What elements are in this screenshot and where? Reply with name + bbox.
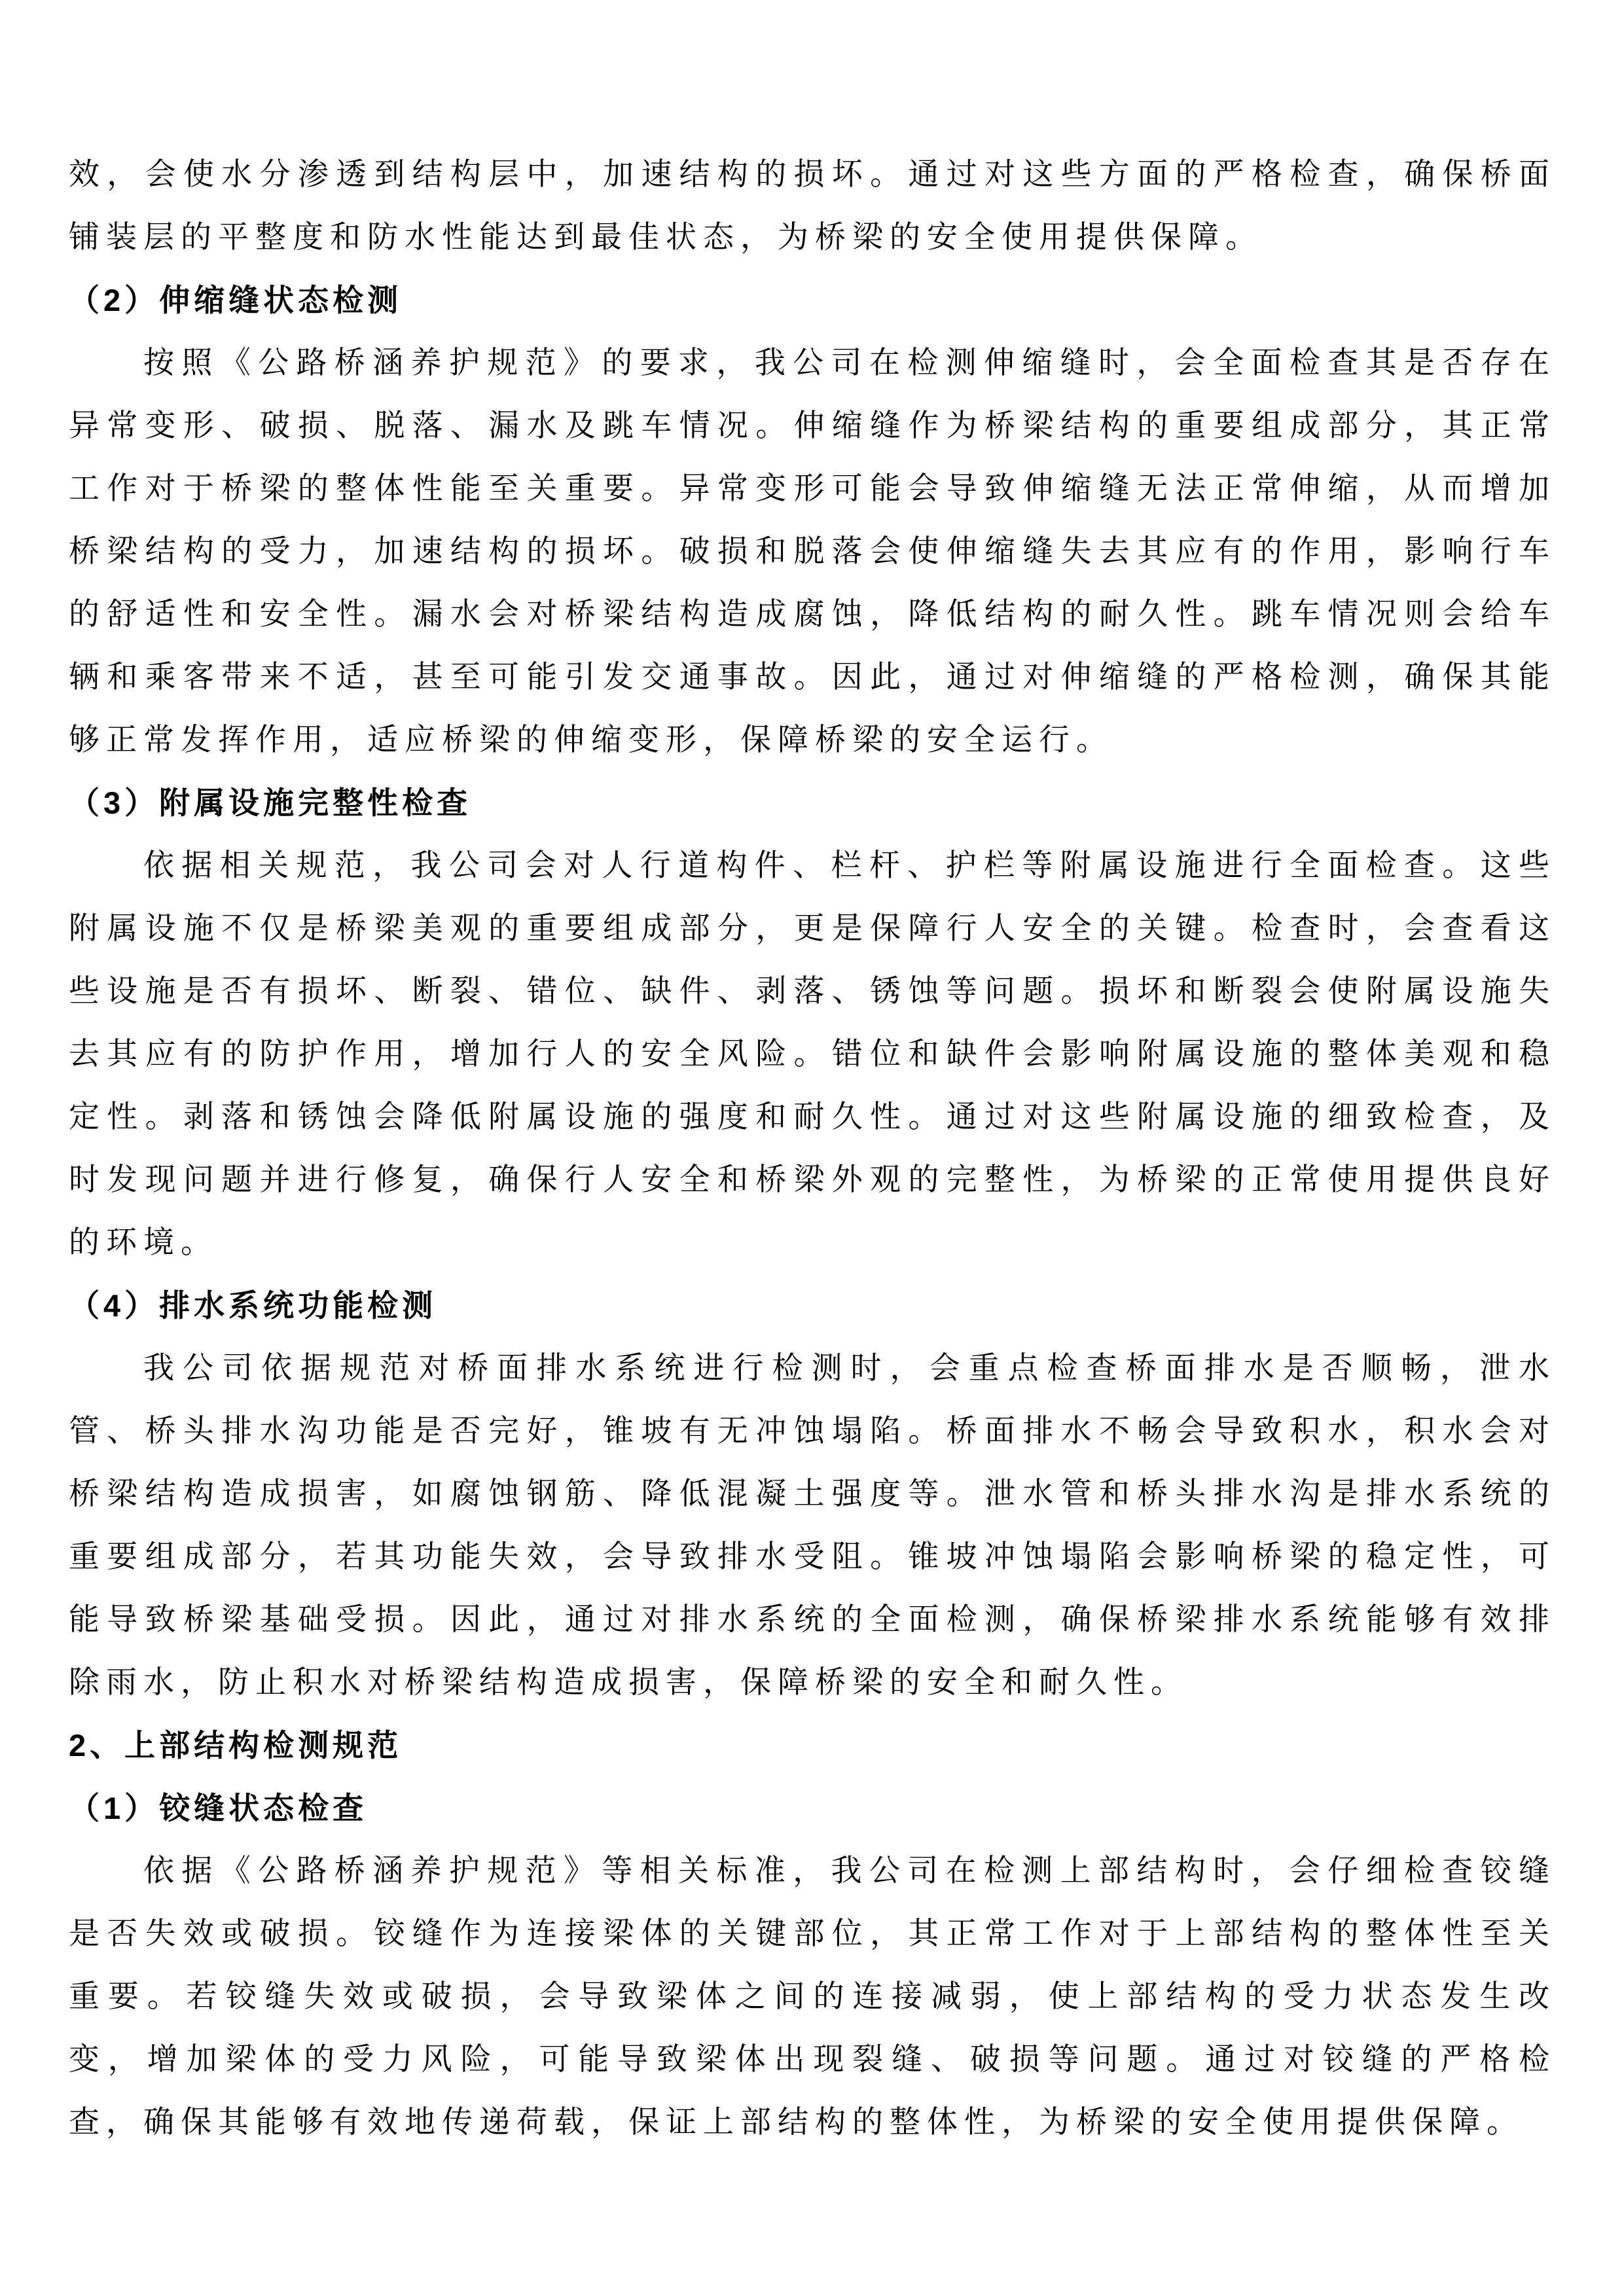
section-heading-hinge-joint-check: （1）铰缝状态检查 (69, 1777, 1556, 1840)
paragraph-hinge-joint-check: 依据《公路桥涵养护规范》等相关标准，我公司在检测上部结构时，会仔细检查铰缝是否失… (69, 1840, 1556, 2154)
paragraph-ancillary-facilities-check: 依据相关规范，我公司会对人行道构件、栏杆、护栏等附属设施进行全面检查。这些附属设… (69, 834, 1556, 1274)
section-heading-expansion-joint-inspection: （2）伸缩缝状态检测 (69, 269, 1556, 332)
section-heading-drainage-system-inspection: （4）排水系统功能检测 (69, 1274, 1556, 1337)
paragraph-deck-pavement-continuation: 效，会使水分渗透到结构层中，加速结构的损坏。通过对这些方面的严格检查，确保桥面铺… (69, 143, 1556, 269)
paragraph-drainage-system-inspection: 我公司依据规范对桥面排水系统进行检测时，会重点检查桥面排水是否顺畅，泄水管、桥头… (69, 1337, 1556, 1714)
chapter-heading-superstructure-inspection-standard: 2、上部结构检测规范 (69, 1714, 1556, 1777)
section-heading-ancillary-facilities-check: （3）附属设施完整性检查 (69, 772, 1556, 834)
document-body: 效，会使水分渗透到结构层中，加速结构的损坏。通过对这些方面的严格检查，确保桥面铺… (0, 0, 1624, 2154)
document-page: 效，会使水分渗透到结构层中，加速结构的损坏。通过对这些方面的严格检查，确保桥面铺… (0, 0, 1624, 2296)
paragraph-expansion-joint-inspection: 按照《公路桥涵养护规范》的要求，我公司在检测伸缩缝时，会全面检查其是否存在异常变… (69, 332, 1556, 772)
